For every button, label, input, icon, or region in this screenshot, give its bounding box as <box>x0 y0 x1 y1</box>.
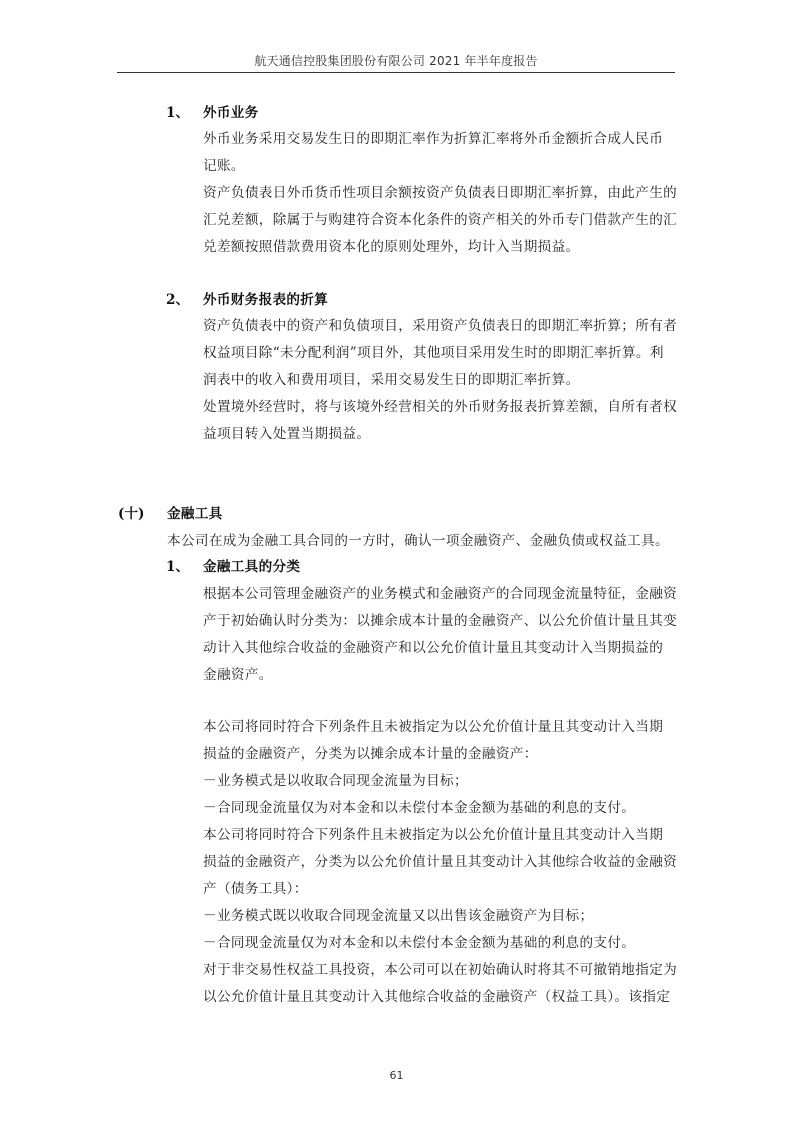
section-heading: 外币业务 <box>203 105 259 121</box>
header-divider <box>117 72 675 73</box>
paragraph-line: 以公允价值计量且其变动计入其他综合收益的金融资产（权益工具）。该指定 <box>203 989 670 1005</box>
paragraph-line: 外币业务采用交易发生日的即期汇率作为折算汇率将外币金额折合成人民币 <box>203 131 663 147</box>
paragraph-line: 润表中的收入和费用项目，采用交易发生日的即期汇率折算。 <box>203 372 579 388</box>
paragraph-line: 资产负债表中的资产和负债项目，采用资产负债表日的即期汇率折算；所有者 <box>203 318 677 334</box>
subsection-number: 1、 <box>166 559 189 575</box>
paragraph-line: －业务模式既以收取合同现金流量又以出售该金融资产为目标； <box>203 908 593 924</box>
paragraph-line: 根据本公司管理金融资产的业务模式和金融资产的合同现金流量特征，金融资 <box>203 586 677 602</box>
paragraph-line: 处置境外经营时，将与该境外经营相关的外币财务报表折算差额，自所有者权 <box>203 399 677 415</box>
subsection-heading: 金融工具的分类 <box>203 559 300 575</box>
paragraph-line: －合同现金流量仅为对本金和以未偿付本金金额为基础的利息的支付。 <box>203 800 635 816</box>
paragraph-line: 本公司将同时符合下列条件且未被指定为以公允价值计量且其变动计入当期 <box>203 827 663 843</box>
paragraph-line: 本公司在成为金融工具合同的一方时，确认一项金融资产、金融负债或权益工具。 <box>167 533 669 549</box>
page-number: 61 <box>0 1069 793 1082</box>
paragraph-line: 兑差额按照借款费用资本化的原则处理外，均计入当期损益。 <box>203 239 579 255</box>
section-number: 1、 <box>166 105 189 121</box>
paragraph-line: －合同现金流量仅为对本金和以未偿付本金金额为基础的利息的支付。 <box>203 935 635 951</box>
section-number: 2、 <box>166 292 189 308</box>
paragraph-line: －业务模式是以收取合同现金流量为目标； <box>203 773 468 789</box>
paragraph-line: 益项目转入处置当期损益。 <box>203 426 370 442</box>
paragraph-line: 汇兑差额，除属于与购建符合资本化条件的资产相关的外币专门借款产生的汇 <box>203 212 677 228</box>
paragraph-line: 动计入其他综合收益的金融资产和以公允价值计量且其变动计入当期损益的 <box>203 640 663 656</box>
paragraph-line: 产于初始确认时分类为：以摊余成本计量的金融资产、以公允价值计量且其变 <box>203 613 677 629</box>
section-number: (十) <box>118 506 144 522</box>
paragraph-line: 资产负债表日外币货币性项目余额按资产负债表日即期汇率折算，由此产生的 <box>203 185 677 201</box>
paragraph-line: 产（债务工具）： <box>203 881 308 897</box>
paragraph-line: 损益的金融资产，分类为以摊余成本计量的金融资产： <box>203 746 538 762</box>
paragraph-line: 损益的金融资产，分类为以公允价值计量且其变动计入其他综合收益的金融资 <box>203 854 677 870</box>
paragraph-line: 金融资产。 <box>203 667 273 683</box>
section-heading: 金融工具 <box>167 506 223 522</box>
paragraph-line: 记账。 <box>203 158 245 174</box>
section-heading: 外币财务报表的折算 <box>203 292 328 308</box>
paragraph-line: 对于非交易性权益工具投资，本公司可以在初始确认时将其不可撤销地指定为 <box>203 962 677 978</box>
paragraph-line: 本公司将同时符合下列条件且未被指定为以公允价值计量且其变动计入当期 <box>203 719 663 735</box>
paragraph-line: 权益项目除“未分配利润”项目外，其他项目采用发生时的即期汇率折算。利 <box>203 345 664 361</box>
page-header-title: 航天通信控股集团股份有限公司 2021 年半年度报告 <box>117 52 675 69</box>
